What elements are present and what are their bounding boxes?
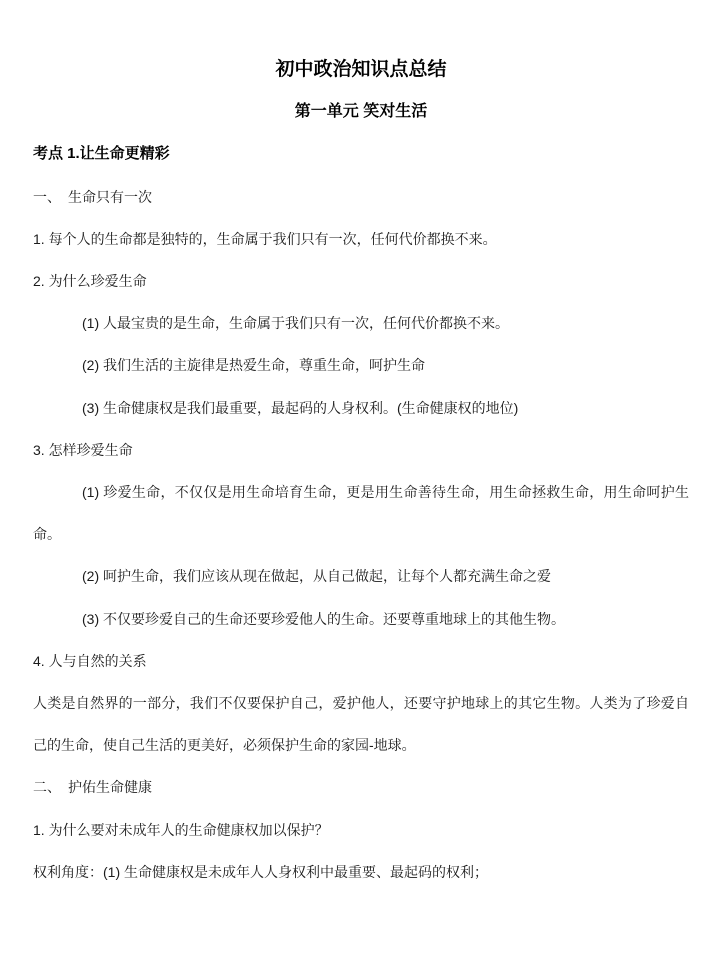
list-item: (1) 人最宝贵的是生命，生命属于我们只有一次，任何代价都换不来。 xyxy=(33,302,689,344)
heading-topic-2: 二、 护佑生命健康 xyxy=(33,766,689,808)
unit-heading: 第一单元 笑对生活 xyxy=(33,91,689,133)
list-item: (1) 珍爱生命，不仅仅是用生命培育生命，更是用生命善待生命，用生命拯救生命，用… xyxy=(33,471,689,555)
paragraph: 4. 人与自然的关系 xyxy=(33,640,689,682)
paragraph: 2. 为什么珍爱生命 xyxy=(33,260,689,302)
heading-topic-1: 一、 生命只有一次 xyxy=(33,176,689,218)
paragraph: 权利角度：(1) 生命健康权是未成年人人身权利中最重要、最起码的权利； xyxy=(33,851,689,893)
list-item: (2) 我们生活的主旋律是热爱生命，尊重生命，呵护生命 xyxy=(33,344,689,386)
document-page: 初中政治知识点总结 第一单元 笑对生活 考点 1.让生命更精彩 一、 生命只有一… xyxy=(0,0,719,972)
list-item: (2) 呵护生命，我们应该从现在做起，从自己做起，让每个人都充满生命之爱 xyxy=(33,555,689,597)
section-heading-kaodian-1: 考点 1.让生命更精彩 xyxy=(33,133,689,175)
page-title: 初中政治知识点总结 xyxy=(33,49,689,91)
paragraph: 1. 每个人的生命都是独特的，生命属于我们只有一次，任何代价都换不来。 xyxy=(33,218,689,260)
paragraph: 3. 怎样珍爱生命 xyxy=(33,429,689,471)
paragraph: 人类是自然界的一部分，我们不仅要保护自己，爱护他人，还要守护地球上的其它生物。人… xyxy=(33,682,689,766)
list-item: (3) 不仅要珍爱自己的生命还要珍爱他人的生命。还要尊重地球上的其他生物。 xyxy=(33,598,689,640)
paragraph: 1. 为什么要对未成年人的生命健康权加以保护？ xyxy=(33,809,689,851)
list-item: (3) 生命健康权是我们最重要，最起码的人身权利。(生命健康权的地位) xyxy=(33,387,689,429)
